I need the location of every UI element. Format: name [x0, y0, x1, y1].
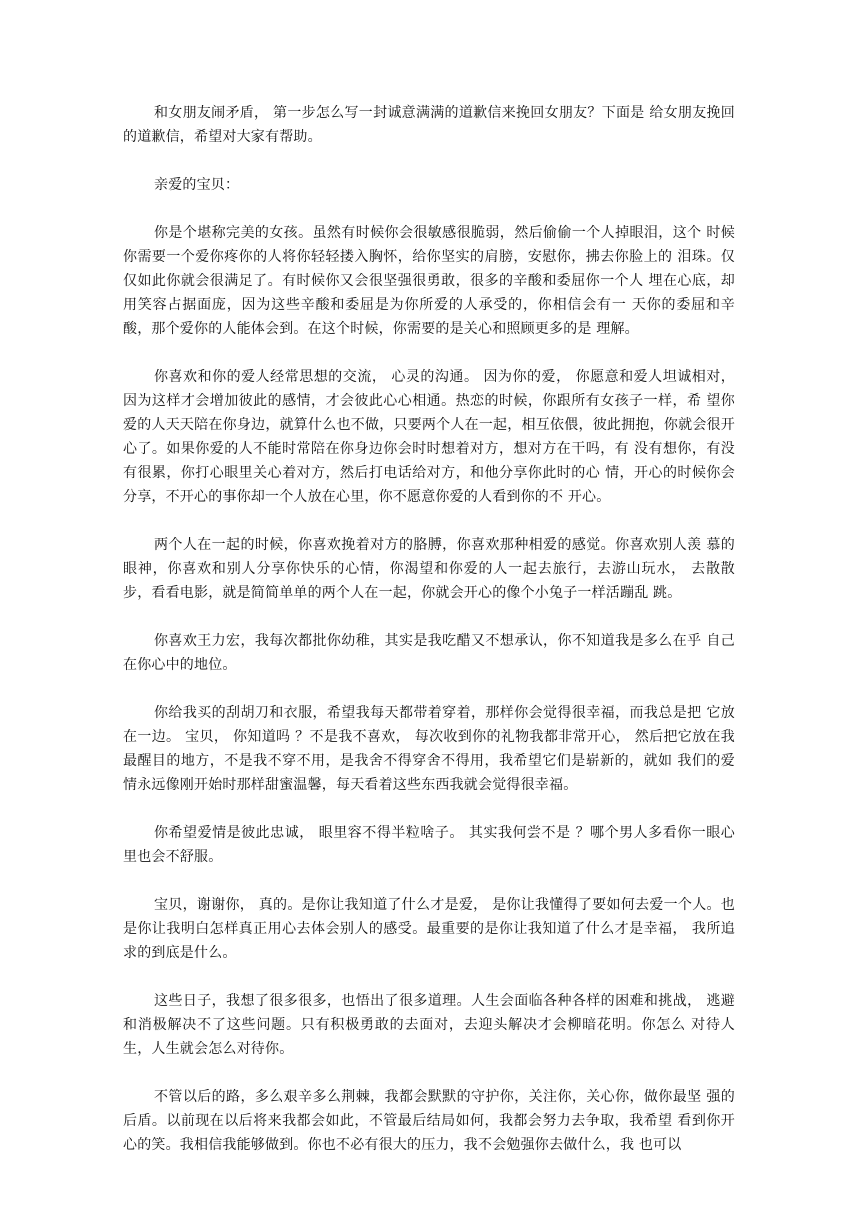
- document-page: 和女朋友闹矛盾， 第一步怎么写一封诚意满满的道歉信来挽回女朋友？下面是 给女朋友…: [123, 101, 735, 1157]
- salutation: 亲爱的宝贝：: [123, 173, 735, 197]
- body-paragraph: 宝贝，谢谢你， 真的。是你让我知道了什么才是爱， 是你让我懂得了要如何去爱一个人…: [123, 893, 735, 965]
- body-paragraph: 你喜欢和你的爱人经常思想的交流， 心灵的沟通。 因为你的爱， 你愿意和爱人坦诚相…: [123, 365, 735, 509]
- body-paragraph: 这些日子，我想了很多很多，也悟出了很多道理。人生会面临各种各样的困难和挑战， 逃…: [123, 989, 735, 1061]
- body-paragraph: 你是个堪称完美的女孩。虽然有时候你会很敏感很脆弱，然后偷偷一个人掉眼泪，这个 时…: [123, 221, 735, 341]
- intro-paragraph: 和女朋友闹矛盾， 第一步怎么写一封诚意满满的道歉信来挽回女朋友？下面是 给女朋友…: [123, 101, 735, 149]
- body-paragraph: 不管以后的路，多么艰辛多么荆棘，我都会默默的守护你，关注你，关心你，做你最坚 强…: [123, 1085, 735, 1157]
- body-paragraph: 两个人在一起的时候，你喜欢挽着对方的胳膊，你喜欢那种相爱的感觉。你喜欢别人羡 慕…: [123, 533, 735, 605]
- body-paragraph: 你希望爱情是彼此忠诚， 眼里容不得半粒啥子。 其实我何尝不是 ？哪个男人多看你一…: [123, 821, 735, 869]
- body-paragraph: 你给我买的刮胡刀和衣服，希望我每天都带着穿着，那样你会觉得很幸福，而我总是把 它…: [123, 701, 735, 797]
- body-paragraph: 你喜欢王力宏，我每次都批你幼稚，其实是我吃醋又不想承认，你不知道我是多么在乎 自…: [123, 629, 735, 677]
